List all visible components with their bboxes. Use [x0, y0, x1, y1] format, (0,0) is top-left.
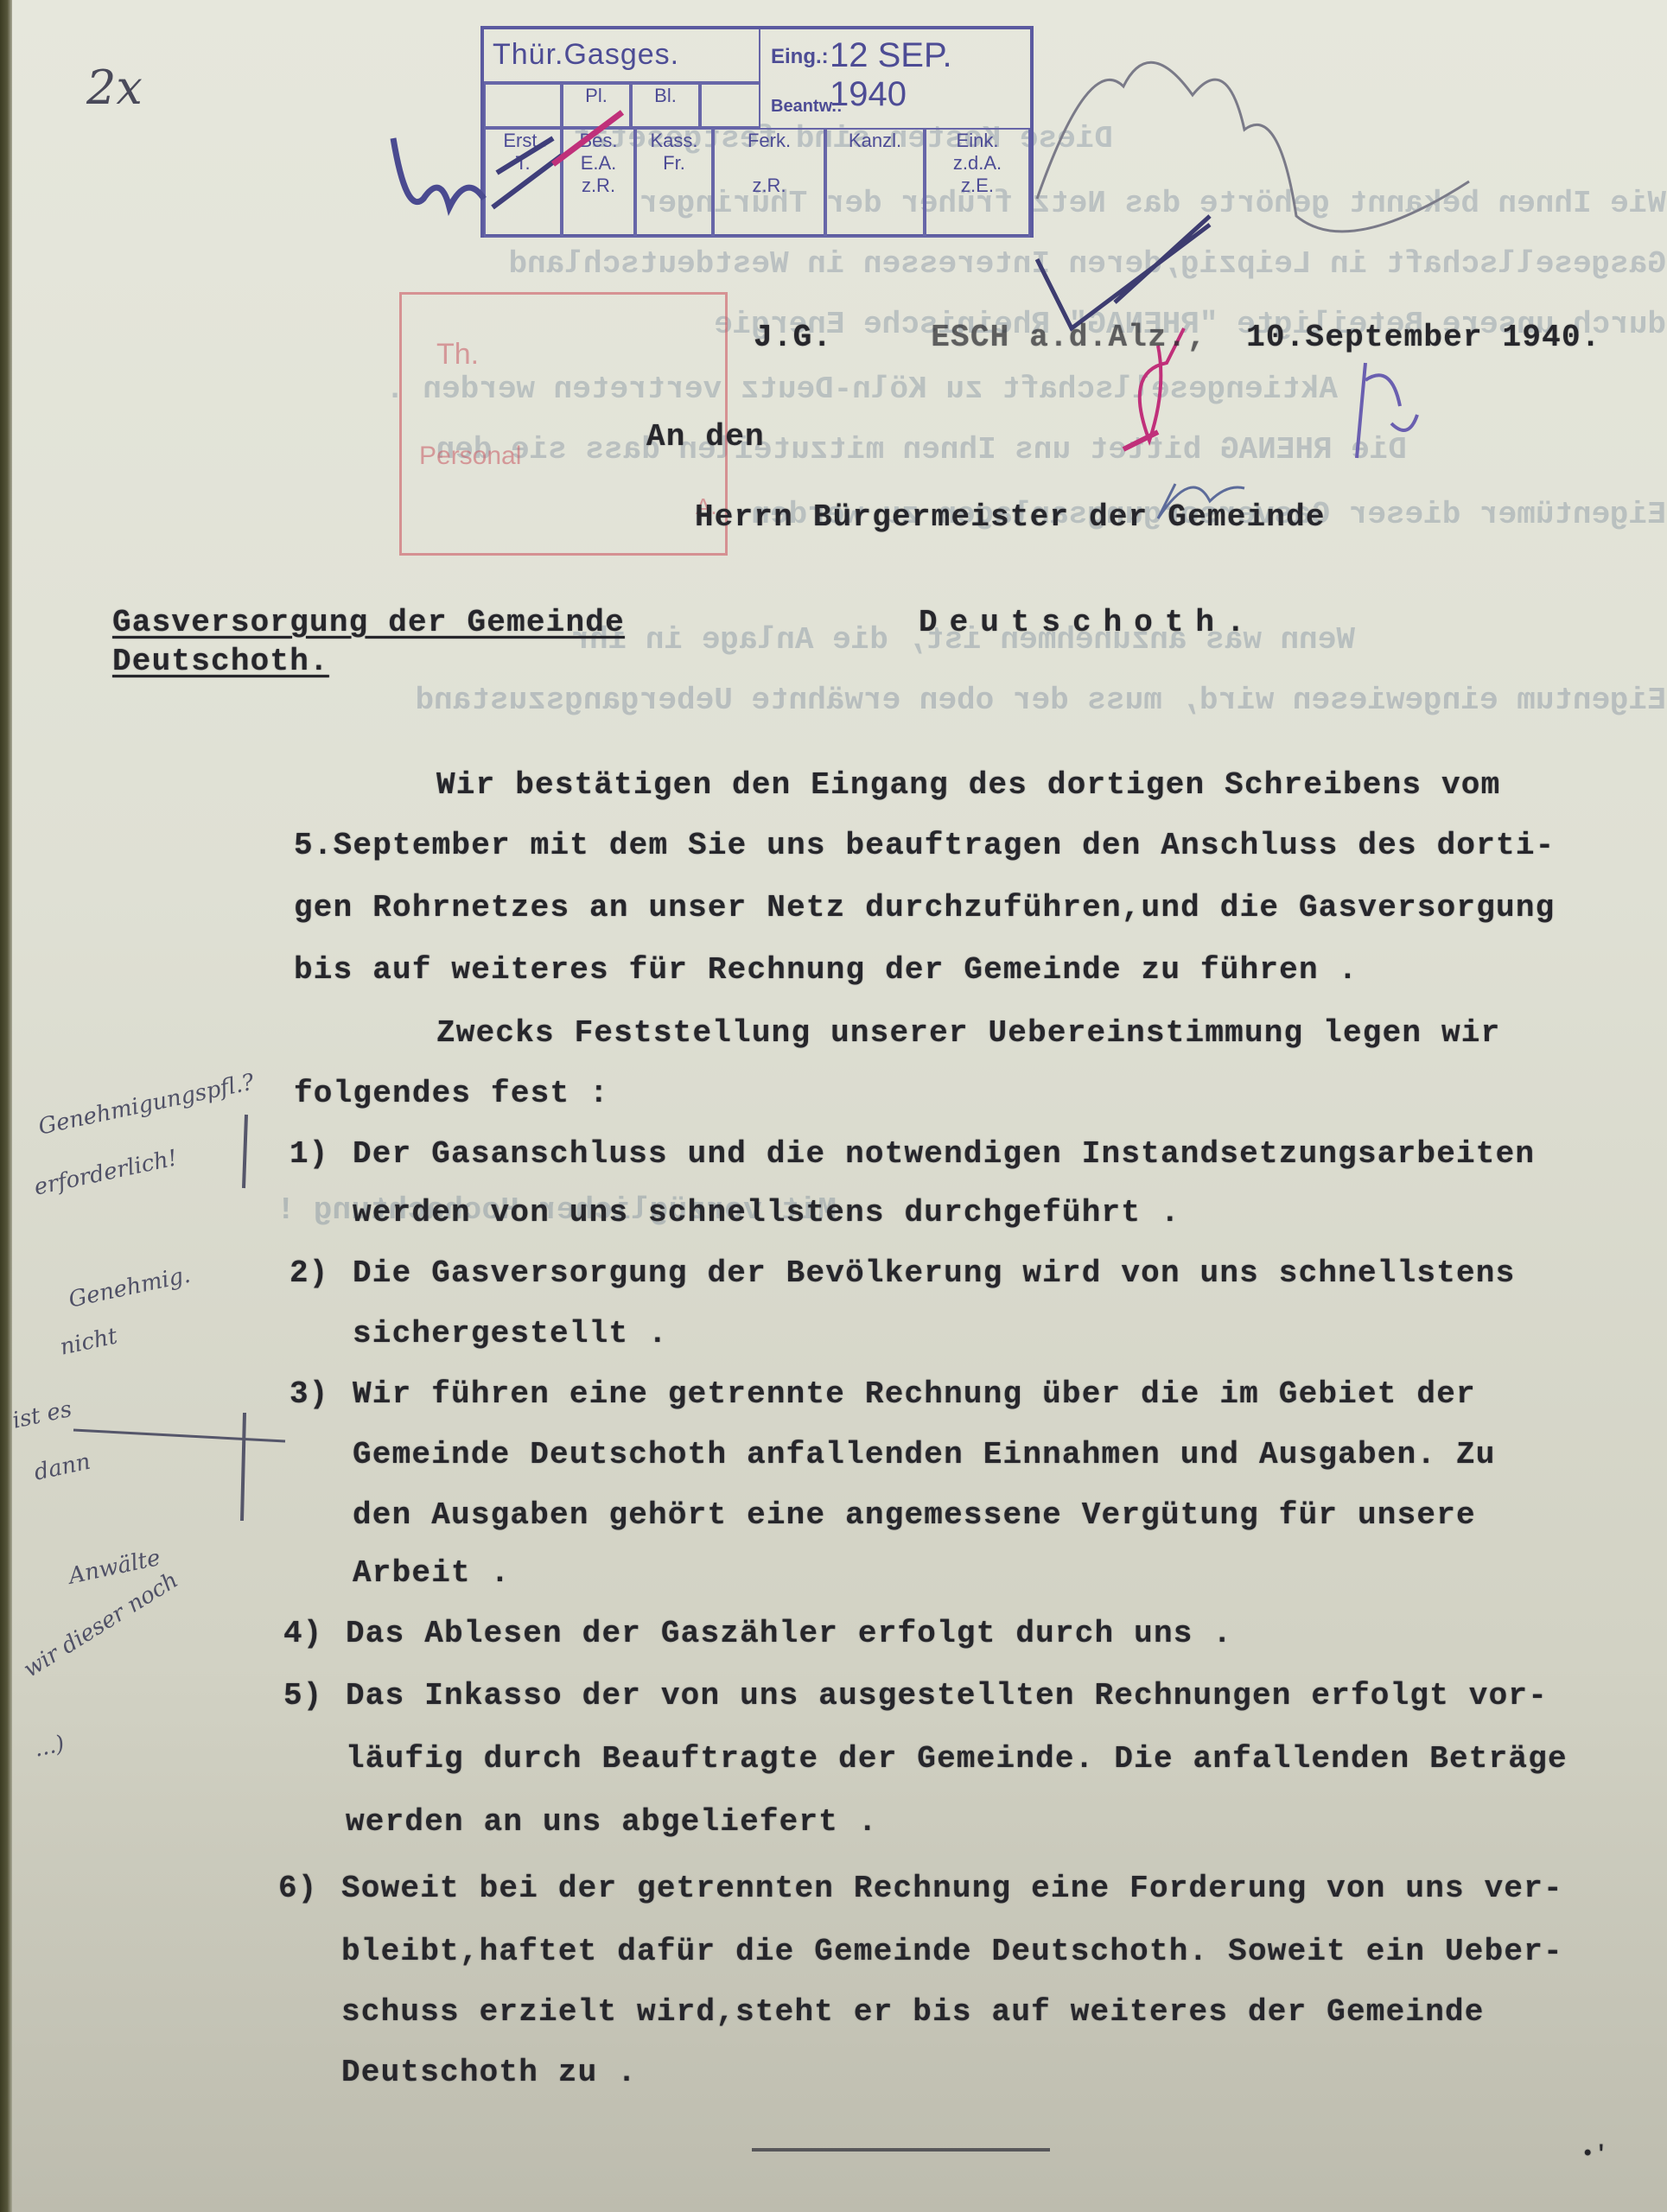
list-item-number: 1)	[289, 1136, 329, 1172]
body-paragraph-2-line: Zwecks Feststellung unserer Uebereinstim…	[436, 1015, 1500, 1051]
list-item-line: Soweit bei der getrennten Rechnung eine …	[341, 1871, 1563, 1906]
closing-rule	[752, 2148, 1050, 2152]
margin-note: wir dieser noch	[19, 1567, 183, 1683]
list-item-line: läufig durch Beauftragte der Gemeinde. D…	[346, 1741, 1568, 1777]
body-paragraph-1-line: 5.September mit dem Sie uns beauftragen …	[294, 828, 1555, 863]
margin-note: nicht	[58, 1323, 120, 1360]
list-item-number: 6)	[278, 1871, 318, 1906]
list-item-line: Deutschoth zu .	[341, 2055, 637, 2090]
body-paragraph-1-line: Wir bestätigen den Eingang des dortigen …	[436, 767, 1500, 803]
list-item-line: sichergestellt .	[353, 1316, 668, 1351]
margin-note: ist es	[10, 1396, 74, 1434]
page-note: 2x	[86, 60, 143, 115]
margin-note: erforderlich!	[32, 1145, 180, 1200]
body-paragraph-1-line: bis auf weiteres für Rechnung der Gemein…	[294, 952, 1358, 988]
list-item-line: Arbeit .	[353, 1555, 510, 1591]
list-item-line: Gemeinde Deutschoth anfallenden Einnahme…	[353, 1437, 1496, 1472]
list-item-line: Wir führen eine getrennte Rechnung über …	[353, 1376, 1476, 1412]
list-item-number: 4)	[283, 1616, 323, 1651]
recipient-town: Deutschoth.	[919, 605, 1257, 640]
list-item-line: bleibt,haftet dafür die Gemeinde Deutsch…	[341, 1934, 1563, 1969]
sender-place-date: J.G. ESCH a.d.Alz., 10.September 1940.	[754, 320, 1601, 355]
margin-note: Genehmig.	[67, 1262, 193, 1313]
list-item-line: Der Gasanschluss und die notwendigen Ins…	[353, 1136, 1535, 1172]
list-item-number: 3)	[289, 1376, 329, 1412]
list-item-number: 2)	[289, 1255, 329, 1291]
recipient-title: Herrn Bürgermeister der Gemeinde	[695, 499, 1326, 535]
subject-line-2: Deutschoth.	[112, 644, 329, 679]
body-paragraph-2-line: folgendes fest :	[294, 1076, 609, 1111]
received-stamp: Thür.Gasges. Eing.: 12 SEP. 1940 Beantw.…	[480, 26, 1034, 238]
recipient-to: An den	[646, 419, 765, 454]
margin-note: dann	[32, 1449, 92, 1486]
binder-edge	[0, 0, 12, 2212]
list-item-line: Das Inkasso der von uns ausgestellten Re…	[346, 1678, 1548, 1713]
list-item-line: werden an uns abgeliefert .	[346, 1804, 878, 1840]
margin-note: Genehmigungspfl.?	[36, 1069, 257, 1140]
list-item-line: schuss erzielt wird,steht er bis auf wei…	[341, 1994, 1485, 2030]
list-item-line: den Ausgaben gehört eine angemessene Ver…	[353, 1497, 1476, 1533]
list-item-number: 5)	[283, 1678, 323, 1713]
margin-note: ...)	[32, 1731, 67, 1763]
subject-line-1: Gasversorgung der Gemeinde	[112, 605, 625, 640]
body-paragraph-1-line: gen Rohrnetzes an unser Netz durchzuführ…	[294, 890, 1555, 925]
list-item-line: werden von uns schnellstens durchgeführt…	[353, 1195, 1180, 1230]
list-item-line: Die Gasversorgung der Bevölkerung wird v…	[353, 1255, 1515, 1291]
stray-marks: •′	[1581, 2143, 1608, 2166]
list-item-line: Das Ablesen der Gaszähler erfolgt durch …	[346, 1616, 1232, 1651]
